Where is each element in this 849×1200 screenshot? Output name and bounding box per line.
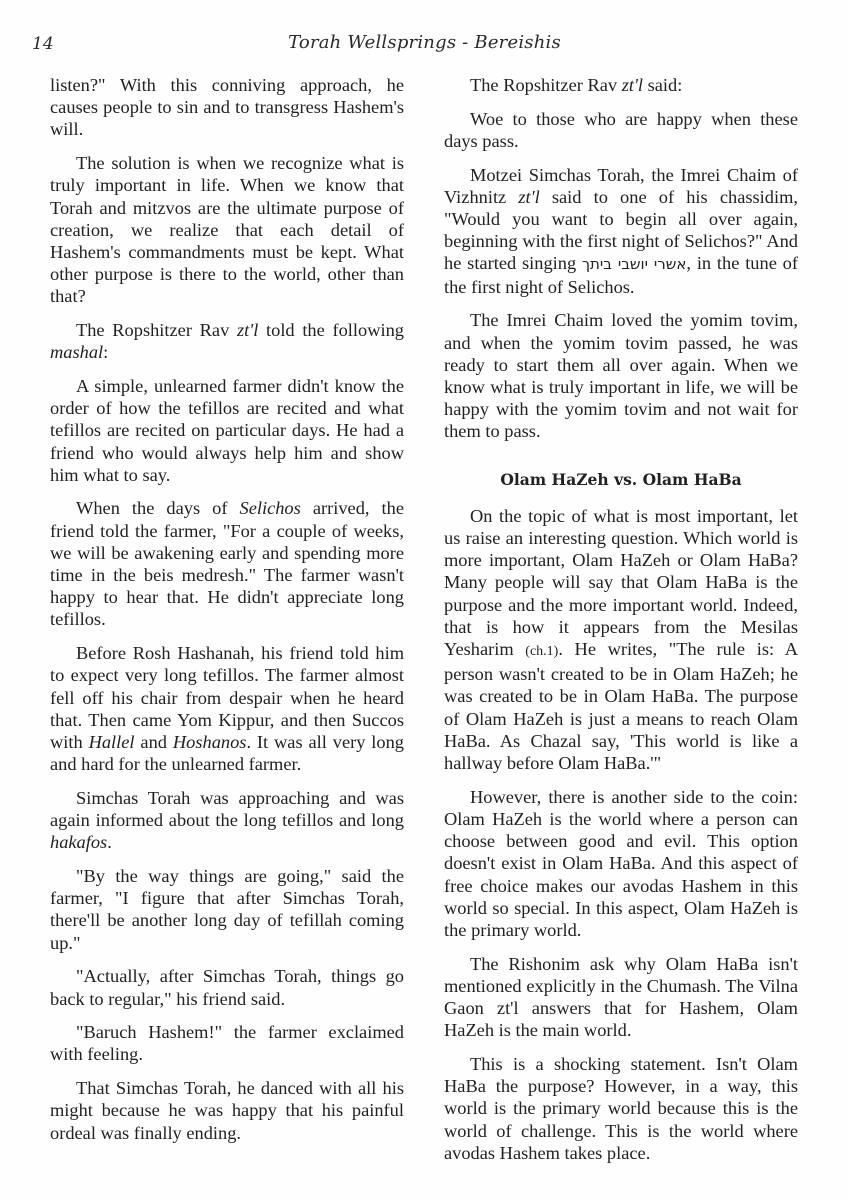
italic-text: Hallel (89, 732, 135, 752)
paragraph: The Imrei Chaim loved the yomim tovim, a… (444, 309, 798, 442)
book-page: 14 Torah Wellsprings - Bereishis listen?… (0, 0, 849, 1200)
italic-text: Hoshanos (173, 732, 247, 752)
italic-text: mashal (50, 342, 103, 362)
text-run: . (107, 832, 112, 852)
paragraph: The Ropshitzer Rav zt'l told the followi… (50, 319, 404, 363)
paragraph: "By the way things are going," said the … (50, 865, 404, 954)
text-run: The Ropshitzer Rav (470, 75, 622, 95)
text-run: told the following (258, 320, 404, 340)
paragraph: "Actually, after Simchas Torah, things g… (50, 965, 404, 1009)
paragraph: The solution is when we recognize what i… (50, 152, 404, 307)
paragraph: A simple, unlearned farmer didn't know t… (50, 375, 404, 486)
paragraph: listen?" With this conniving approach, h… (50, 74, 404, 141)
text-run: When the days of (76, 498, 240, 518)
text-run: . He writes, "The rule is: A person wasn… (444, 639, 798, 773)
paragraph: This is a shocking statement. Isn't Olam… (444, 1053, 798, 1164)
italic-text: hakafos (50, 832, 107, 852)
text-run: The Ropshitzer Rav (76, 320, 237, 340)
text-run: : (103, 342, 108, 362)
italic-text: zt'l (237, 320, 258, 340)
text-run: said: (643, 75, 682, 95)
hebrew-text: אשרי יושבי ביתך (582, 255, 686, 273)
paragraph: Before Rosh Hashanah, his friend told hi… (50, 642, 404, 775)
italic-text: Selichos (240, 498, 301, 518)
paragraph: On the topic of what is most important, … (444, 505, 798, 774)
italic-text: zt'l (518, 187, 539, 207)
section-heading: Olam HaZeh vs. Olam HaBa (444, 469, 798, 491)
right-column: The Ropshitzer Rav zt'l said: Woe to tho… (444, 74, 798, 1175)
left-column: listen?" With this conniving approach, h… (50, 74, 404, 1155)
paragraph: Simchas Torah was approaching and was ag… (50, 787, 404, 854)
running-header: 14 Torah Wellsprings - Bereishis (0, 32, 849, 62)
paragraph: "Baruch Hashem!" the farmer exclaimed wi… (50, 1021, 404, 1065)
text-run: Simchas Torah was approaching and was ag… (50, 788, 404, 830)
paragraph: The Rishonim ask why Olam HaBa isn't men… (444, 953, 798, 1042)
paragraph: When the days of Selichos arrived, the f… (50, 497, 404, 630)
italic-text: zt'l (622, 75, 643, 95)
paragraph: That Simchas Torah, he danced with all h… (50, 1077, 404, 1144)
text-run: On the topic of what is most important, … (444, 506, 798, 659)
citation: (ch.1) (525, 644, 558, 659)
paragraph: Woe to those who are happy when these da… (444, 108, 798, 152)
paragraph: However, there is another side to the co… (444, 786, 798, 941)
paragraph: Motzei Simchas Torah, the Imrei Chaim of… (444, 164, 798, 298)
text-run: and (135, 732, 173, 752)
book-title: Torah Wellsprings - Bereishis (0, 32, 849, 53)
paragraph: The Ropshitzer Rav zt'l said: (444, 74, 798, 96)
